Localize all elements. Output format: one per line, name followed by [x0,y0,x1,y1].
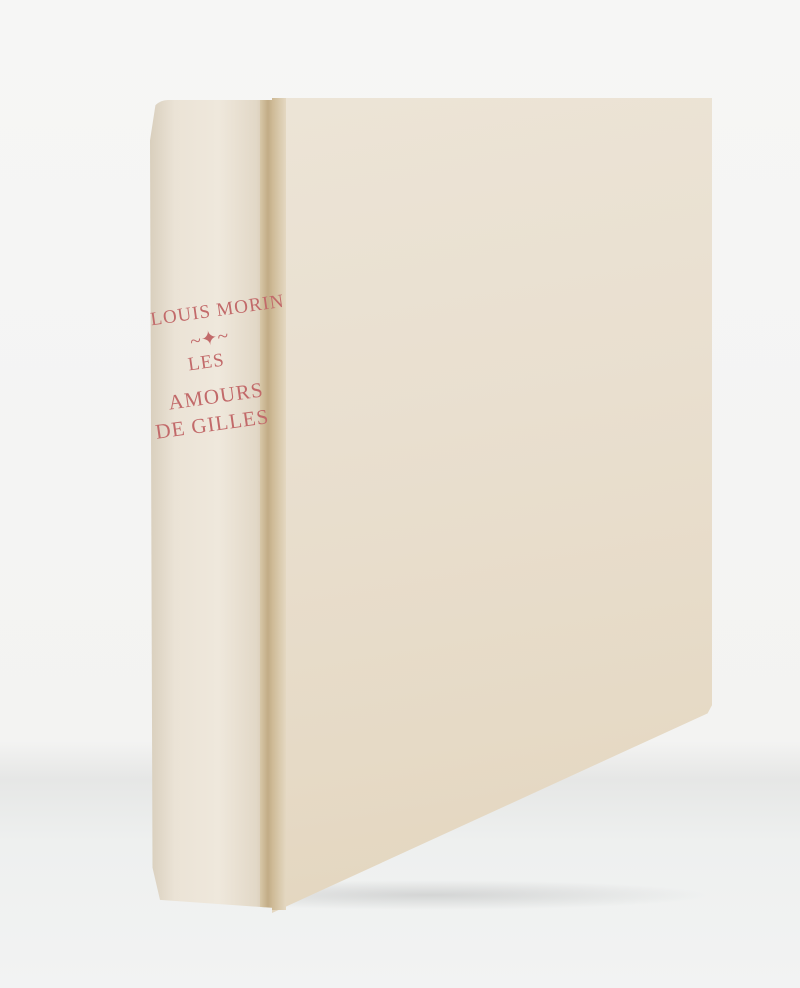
cover-hinge [272,98,286,910]
book-spine [150,100,275,908]
